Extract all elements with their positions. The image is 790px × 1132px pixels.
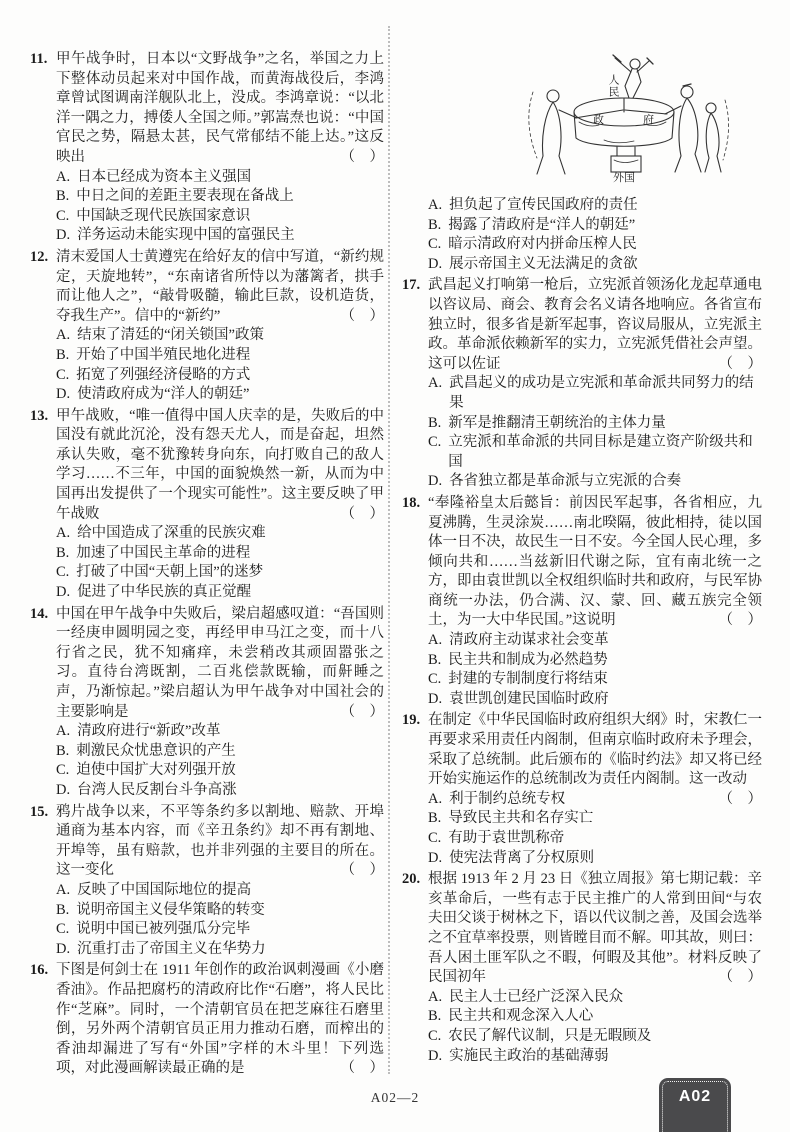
answer-bracket: （ ） bbox=[341, 148, 385, 168]
option-a: A.民主人士已经广泛深入民众 bbox=[428, 988, 762, 1008]
option-d: D.使清政府成为“洋人的朝廷” bbox=[56, 385, 384, 405]
answer-bracket: （ ） bbox=[341, 307, 385, 327]
cartoon-label-foreign: 外国 bbox=[613, 172, 635, 184]
option-label: B. bbox=[56, 544, 69, 564]
option-text: 民主共和制成为必然趋势 bbox=[448, 651, 762, 671]
corner-badge: A02 bbox=[659, 1078, 731, 1132]
option-text: 结束了清廷的“闭关锁国”政策 bbox=[77, 326, 384, 346]
question-text: 鸦片战争以来，不平等条约多以割地、赔款、开埠通商为基本内容，而《辛丑条约》却不再… bbox=[56, 804, 384, 879]
answer-bracket: （ ） bbox=[719, 790, 763, 810]
option-text: 袁世凯创建民国临时政府 bbox=[449, 690, 762, 710]
option-b: B.刺激民众忧患意识的产生 bbox=[56, 742, 384, 762]
option-c: C.暗示清政府对内拼命压榨人民 bbox=[428, 235, 762, 255]
political-cartoon-image: 人民 政 府 外国 bbox=[519, 52, 734, 192]
question-text: 甲午战争时，日本以“文野战争”之名，举国之力上下整体动员起来对中国作战，而黄海战… bbox=[56, 51, 384, 165]
question-stem: 17.武昌起义打响第一枪后，立宪派首领汤化龙起草通电以咨议局、商会、教育会名义请… bbox=[428, 276, 762, 374]
option-d: D.洋务运动未能实现中国的富强民主 bbox=[56, 226, 384, 246]
option-text: 加速了中国民主革命的进程 bbox=[76, 544, 384, 564]
option-b: B.新军是推翻清王朝统治的主体力量 bbox=[428, 414, 762, 434]
option-text: 中国缺乏现代民族国家意识 bbox=[76, 207, 384, 227]
option-c: C.拓宽了列强经济侵略的方式 bbox=[56, 366, 384, 386]
option-a: A.给中国造成了深重的民族灾难 bbox=[56, 524, 384, 544]
question-20: 20.根据 1913 年 2 月 23 日《独立周报》第七期记载：辛亥革命后，一… bbox=[402, 870, 762, 1066]
option-label: B. bbox=[428, 651, 441, 671]
option-label: B. bbox=[56, 742, 69, 762]
question-number: 20. bbox=[402, 870, 420, 890]
question-text: 清末爱国人士黄遵宪在给好友的信中写道，“新约规定，天旋地转”，“东南诸省所恃以为… bbox=[56, 249, 384, 324]
option-label: D. bbox=[56, 781, 70, 801]
option-a: A.利于制约总统专权 bbox=[428, 790, 719, 810]
option-text: 清政府进行“新政”改革 bbox=[77, 722, 384, 742]
option-text: 说明中国已被列强瓜分完毕 bbox=[76, 920, 384, 940]
option-text: 民主共和观念深入人心 bbox=[448, 1007, 762, 1027]
option-label: C. bbox=[56, 920, 69, 940]
option-text: 民主人士已经广泛深入民众 bbox=[449, 988, 762, 1008]
option-text: 打破了中国“天朝上国”的迷梦 bbox=[76, 563, 384, 583]
left-column: 11.甲午战争时，日本以“文野战争”之名，举国之力上下整体动员起来对中国作战，而… bbox=[30, 50, 384, 1081]
question-stem: 20.根据 1913 年 2 月 23 日《独立周报》第七期记载：辛亥革命后，一… bbox=[428, 870, 762, 988]
option-a: A.武昌起义的成功是立宪派和革命派共同努力的结果 bbox=[428, 374, 762, 413]
question-stem: 13.甲午战败，“唯一值得中国人庆幸的是，失败后的中国没有就此沉沦，没有怨天尤人… bbox=[56, 407, 384, 525]
question-number: 19. bbox=[402, 711, 420, 731]
option-b: B.民主共和制成为必然趋势 bbox=[428, 651, 762, 671]
option-c: C.迫使中国扩大对列强开放 bbox=[56, 761, 384, 781]
option-label: A. bbox=[428, 374, 442, 394]
option-label: D. bbox=[428, 255, 442, 275]
question-text: 下图是何剑士在 1911 年创作的政治讽刺漫画《小磨香油》。作品把腐朽的清政府比… bbox=[56, 962, 384, 1076]
option-text: 农民了解代议制，只是无暇顾及 bbox=[448, 1027, 762, 1047]
option-b: B.导致民主共和名存实亡 bbox=[428, 809, 762, 829]
option-label: C. bbox=[428, 1027, 441, 1047]
option-label: D. bbox=[56, 583, 70, 603]
option-c: C.有助于袁世凯称帝 bbox=[428, 829, 762, 849]
question-14: 14.中国在甲午战争中失败后，梁启超感叹道：“吾国则一经庚申圆明园之变，再经甲申… bbox=[30, 605, 384, 801]
question-number: 14. bbox=[30, 605, 48, 625]
question-19: 19.在制定《中华民国临时政府组织大纲》时，宋教仁一再要求采用责任内阁制，但南京… bbox=[402, 711, 762, 868]
option-text: 台湾人民反割台斗争高涨 bbox=[77, 781, 384, 801]
option-a: A.日本已经成为资本主义强国 bbox=[56, 168, 384, 188]
option-text: 开始了中国半殖民地化进程 bbox=[76, 346, 384, 366]
option-label: A. bbox=[56, 524, 70, 544]
option-label: D. bbox=[428, 472, 442, 492]
option-c: C.打破了中国“天朝上国”的迷梦 bbox=[56, 563, 384, 583]
question-13: 13.甲午战败，“唯一值得中国人庆幸的是，失败后的中国没有就此沉沦，没有怨天尤人… bbox=[30, 407, 384, 603]
option-text: 实施民主政治的基础薄弱 bbox=[449, 1047, 762, 1067]
answer-bracket: （ ） bbox=[341, 505, 385, 525]
option-label: D. bbox=[428, 849, 442, 869]
option-text: 给中国造成了深重的民族灾难 bbox=[77, 524, 384, 544]
option-label: A. bbox=[428, 988, 442, 1008]
option-b: B.开始了中国半殖民地化进程 bbox=[56, 346, 384, 366]
option-text: 说明帝国主义侵华策略的转变 bbox=[76, 901, 384, 921]
option-text: 迫使中国扩大对列强开放 bbox=[76, 761, 384, 781]
option-d: D.各省独立都是革命派与立宪派的合奏 bbox=[428, 472, 762, 492]
option-a: A.结束了清廷的“闭关锁国”政策 bbox=[56, 326, 384, 346]
option-label: C. bbox=[56, 207, 69, 227]
option-b: B.加速了中国民主革命的进程 bbox=[56, 544, 384, 564]
option-text: 中日之间的差距主要表现在备战上 bbox=[76, 187, 384, 207]
option-text: 日本已经成为资本主义强国 bbox=[77, 168, 384, 188]
option-c: C.说明中国已被列强瓜分完毕 bbox=[56, 920, 384, 940]
option-label: D. bbox=[428, 690, 442, 710]
option-label: B. bbox=[428, 216, 441, 236]
question-stem: 14.中国在甲午战争中失败后，梁启超感叹道：“吾国则一经庚申圆明园之变，再经甲申… bbox=[56, 605, 384, 723]
option-text: 担负起了宣传民国政府的责任 bbox=[449, 196, 762, 216]
option-d: D.展示帝国主义无法满足的贪欲 bbox=[428, 255, 762, 275]
option-a: A.清政府主动谋求社会变革 bbox=[428, 631, 762, 651]
option-label: D. bbox=[56, 226, 70, 246]
option-text: 洋务运动未能实现中国的富强民主 bbox=[77, 226, 384, 246]
option-text: 新军是推翻清王朝统治的主体力量 bbox=[448, 414, 762, 434]
option-label: A. bbox=[56, 326, 70, 346]
cartoon-label-gov-left: 政 bbox=[593, 114, 604, 126]
question-text: 甲午战败，“唯一值得中国人庆幸的是，失败后的中国没有就此沉沦，没有怨天尤人，而是… bbox=[56, 408, 384, 522]
question-16: 16.下图是何剑士在 1911 年创作的政治讽刺漫画《小磨香油》。作品把腐朽的清… bbox=[30, 961, 384, 1079]
question-text: 中国在甲午战争中失败后，梁启超感叹道：“吾国则一经庚申圆明园之变，再经甲申马江之… bbox=[56, 606, 384, 720]
option-c: C.农民了解代议制，只是无暇顾及 bbox=[428, 1027, 762, 1047]
question-17: 17.武昌起义打响第一枪后，立宪派首领汤化龙起草通电以咨议局、商会、教育会名义请… bbox=[402, 276, 762, 492]
column-divider bbox=[388, 26, 390, 1074]
option-label: C. bbox=[428, 670, 441, 690]
option-text: 武昌起义的成功是立宪派和革命派共同努力的结果 bbox=[449, 374, 762, 413]
option-d: D.实施民主政治的基础薄弱 bbox=[428, 1047, 762, 1067]
question-number: 18. bbox=[402, 494, 420, 514]
option-b: B.说明帝国主义侵华策略的转变 bbox=[56, 901, 384, 921]
option-c: C.立宪派和革命派的共同目标是建立资产阶级共和国 bbox=[428, 433, 762, 472]
option-d: D.促进了中华民族的真正觉醒 bbox=[56, 583, 384, 603]
corner-badge-label: A02 bbox=[679, 1088, 711, 1132]
option-label: A. bbox=[56, 881, 70, 901]
question-stem: 19.在制定《中华民国临时政府组织大纲》时，宋教仁一再要求采用责任内阁制，但南京… bbox=[428, 711, 762, 789]
question-16-options: A.担负起了宣传民国政府的责任 B.揭露了清政府是“洋人的朝廷” C.暗示清政府… bbox=[402, 196, 762, 274]
option-label: D. bbox=[56, 385, 70, 405]
option-text: 拓宽了列强经济侵略的方式 bbox=[76, 366, 384, 386]
answer-bracket: （ ） bbox=[341, 1059, 385, 1079]
option-label: A. bbox=[428, 790, 442, 810]
answer-bracket: （ ） bbox=[719, 355, 763, 375]
cartoon-label-people: 人民 bbox=[607, 74, 619, 98]
option-label: A. bbox=[56, 722, 70, 742]
option-label: D. bbox=[428, 1047, 442, 1067]
question-stem: 16.下图是何剑士在 1911 年创作的政治讽刺漫画《小磨香油》。作品把腐朽的清… bbox=[56, 961, 384, 1079]
option-label: C. bbox=[56, 761, 69, 781]
answer-bracket: （ ） bbox=[341, 861, 385, 881]
option-b: B.民主共和观念深入人心 bbox=[428, 1007, 762, 1027]
option-label: D. bbox=[56, 940, 70, 960]
question-number: 12. bbox=[30, 248, 48, 268]
option-b: B.揭露了清政府是“洋人的朝廷” bbox=[428, 216, 762, 236]
millstone-cartoon-drawing bbox=[519, 52, 734, 192]
option-label: C. bbox=[428, 433, 441, 453]
question-12: 12.清末爱国人士黄遵宪在给好友的信中写道，“新约规定，天旋地转”，“东南诸省所… bbox=[30, 248, 384, 405]
option-text: 有助于袁世凯称帝 bbox=[448, 829, 762, 849]
option-a: A.担负起了宣传民国政府的责任 bbox=[428, 196, 762, 216]
option-text: 立宪派和革命派的共同目标是建立资产阶级共和国 bbox=[448, 433, 762, 472]
question-11: 11.甲午战争时，日本以“文野战争”之名，举国之力上下整体动员起来对中国作战，而… bbox=[30, 50, 384, 246]
question-stem: 11.甲午战争时，日本以“文野战争”之名，举国之力上下整体动员起来对中国作战，而… bbox=[56, 50, 384, 168]
question-number: 15. bbox=[30, 803, 48, 823]
question-number: 13. bbox=[30, 407, 48, 427]
option-d: D.袁世凯创建民国临时政府 bbox=[428, 690, 762, 710]
answer-bracket: （ ） bbox=[719, 611, 763, 631]
option-label: B. bbox=[56, 901, 69, 921]
question-number: 11. bbox=[30, 50, 47, 70]
question-text: 在制定《中华民国临时政府组织大纲》时，宋教仁一再要求采用责任内阁制，但南京临时政… bbox=[428, 712, 762, 787]
option-text: 反映了中国国际地位的提高 bbox=[77, 881, 384, 901]
option-text: 利于制约总统专权 bbox=[449, 790, 718, 810]
option-text: 暗示清政府对内拼命压榨人民 bbox=[448, 235, 762, 255]
option-text: 使宪法背离了分权原则 bbox=[449, 849, 762, 869]
option-a: A.反映了中国国际地位的提高 bbox=[56, 881, 384, 901]
question-15: 15.鸦片战争以来，不平等条约多以割地、赔款、开埠通商为基本内容，而《辛丑条约》… bbox=[30, 803, 384, 960]
option-label: A. bbox=[428, 631, 442, 651]
option-c: C.封建的专制制度行将结束 bbox=[428, 670, 762, 690]
question-text: 根据 1913 年 2 月 23 日《独立周报》第七期记载：辛亥革命后，一些有志… bbox=[428, 871, 762, 985]
option-label: C. bbox=[56, 366, 69, 386]
question-18: 18.“奉隆裕皇太后懿旨：前因民军起事，各省相应，九夏沸腾，生灵涂炭……南北暌隔… bbox=[402, 494, 762, 710]
option-b: B.中日之间的差距主要表现在备战上 bbox=[56, 187, 384, 207]
option-label: B. bbox=[428, 414, 441, 434]
option-label: B. bbox=[56, 187, 69, 207]
option-d: D.台湾人民反割台斗争高涨 bbox=[56, 781, 384, 801]
cartoon-label-gov-right: 府 bbox=[643, 114, 654, 126]
option-text: 沉重打击了帝国主义在华势力 bbox=[77, 940, 384, 960]
option-text: 展示帝国主义无法满足的贪欲 bbox=[449, 255, 762, 275]
option-a: A.清政府进行“新政”改革 bbox=[56, 722, 384, 742]
corner-badge-border: A02 bbox=[662, 1081, 728, 1132]
option-label: B. bbox=[428, 1007, 441, 1027]
option-label: C. bbox=[428, 235, 441, 255]
option-text: 促进了中华民族的真正觉醒 bbox=[77, 583, 384, 603]
question-stem: 12.清末爱国人士黄遵宪在给好友的信中写道，“新约规定，天旋地转”，“东南诸省所… bbox=[56, 248, 384, 326]
option-text: 揭露了清政府是“洋人的朝廷” bbox=[448, 216, 762, 236]
exam-page: 11.甲午战争时，日本以“文野战争”之名，举国之力上下整体动员起来对中国作战，而… bbox=[0, 0, 790, 1132]
question-stem: 18.“奉隆裕皇太后懿旨：前因民军起事，各省相应，九夏沸腾，生灵涂炭……南北暌隔… bbox=[428, 494, 762, 631]
answer-bracket: （ ） bbox=[719, 968, 763, 988]
option-label: C. bbox=[56, 563, 69, 583]
option-text: 导致民主共和名存实亡 bbox=[448, 809, 762, 829]
option-text: 使清政府成为“洋人的朝廷” bbox=[77, 385, 384, 405]
option-d: D.沉重打击了帝国主义在华势力 bbox=[56, 940, 384, 960]
option-c: C.中国缺乏现代民族国家意识 bbox=[56, 207, 384, 227]
question-number: 16. bbox=[30, 961, 48, 981]
question-text: 武昌起义打响第一枪后，立宪派首领汤化龙起草通电以咨议局、商会、教育会名义请各地响… bbox=[428, 277, 762, 371]
option-text: 各省独立都是革命派与立宪派的合奏 bbox=[449, 472, 762, 492]
option-label: C. bbox=[428, 829, 441, 849]
answer-bracket: （ ） bbox=[341, 703, 385, 723]
option-label: A. bbox=[56, 168, 70, 188]
option-label: B. bbox=[56, 346, 69, 366]
question-number: 17. bbox=[402, 276, 420, 296]
question-text: “奉隆裕皇太后懿旨：前因民军起事，各省相应，九夏沸腾，生灵涂炭……南北暌隔，彼此… bbox=[428, 495, 762, 629]
question-stem: 15.鸦片战争以来，不平等条约多以割地、赔款、开埠通商为基本内容，而《辛丑条约》… bbox=[56, 803, 384, 881]
option-text: 封建的专制制度行将结束 bbox=[448, 670, 762, 690]
option-label: A. bbox=[428, 196, 442, 216]
option-text: 清政府主动谋求社会变革 bbox=[449, 631, 762, 651]
right-column: 人民 政 府 外国 A.担负起了宣传民国政府的责任 B.揭露了清政府是“洋人的朝… bbox=[402, 50, 762, 1068]
option-d: D.使宪法背离了分权原则 bbox=[428, 849, 762, 869]
option-label: B. bbox=[428, 809, 441, 829]
option-text: 刺激民众忧患意识的产生 bbox=[76, 742, 384, 762]
